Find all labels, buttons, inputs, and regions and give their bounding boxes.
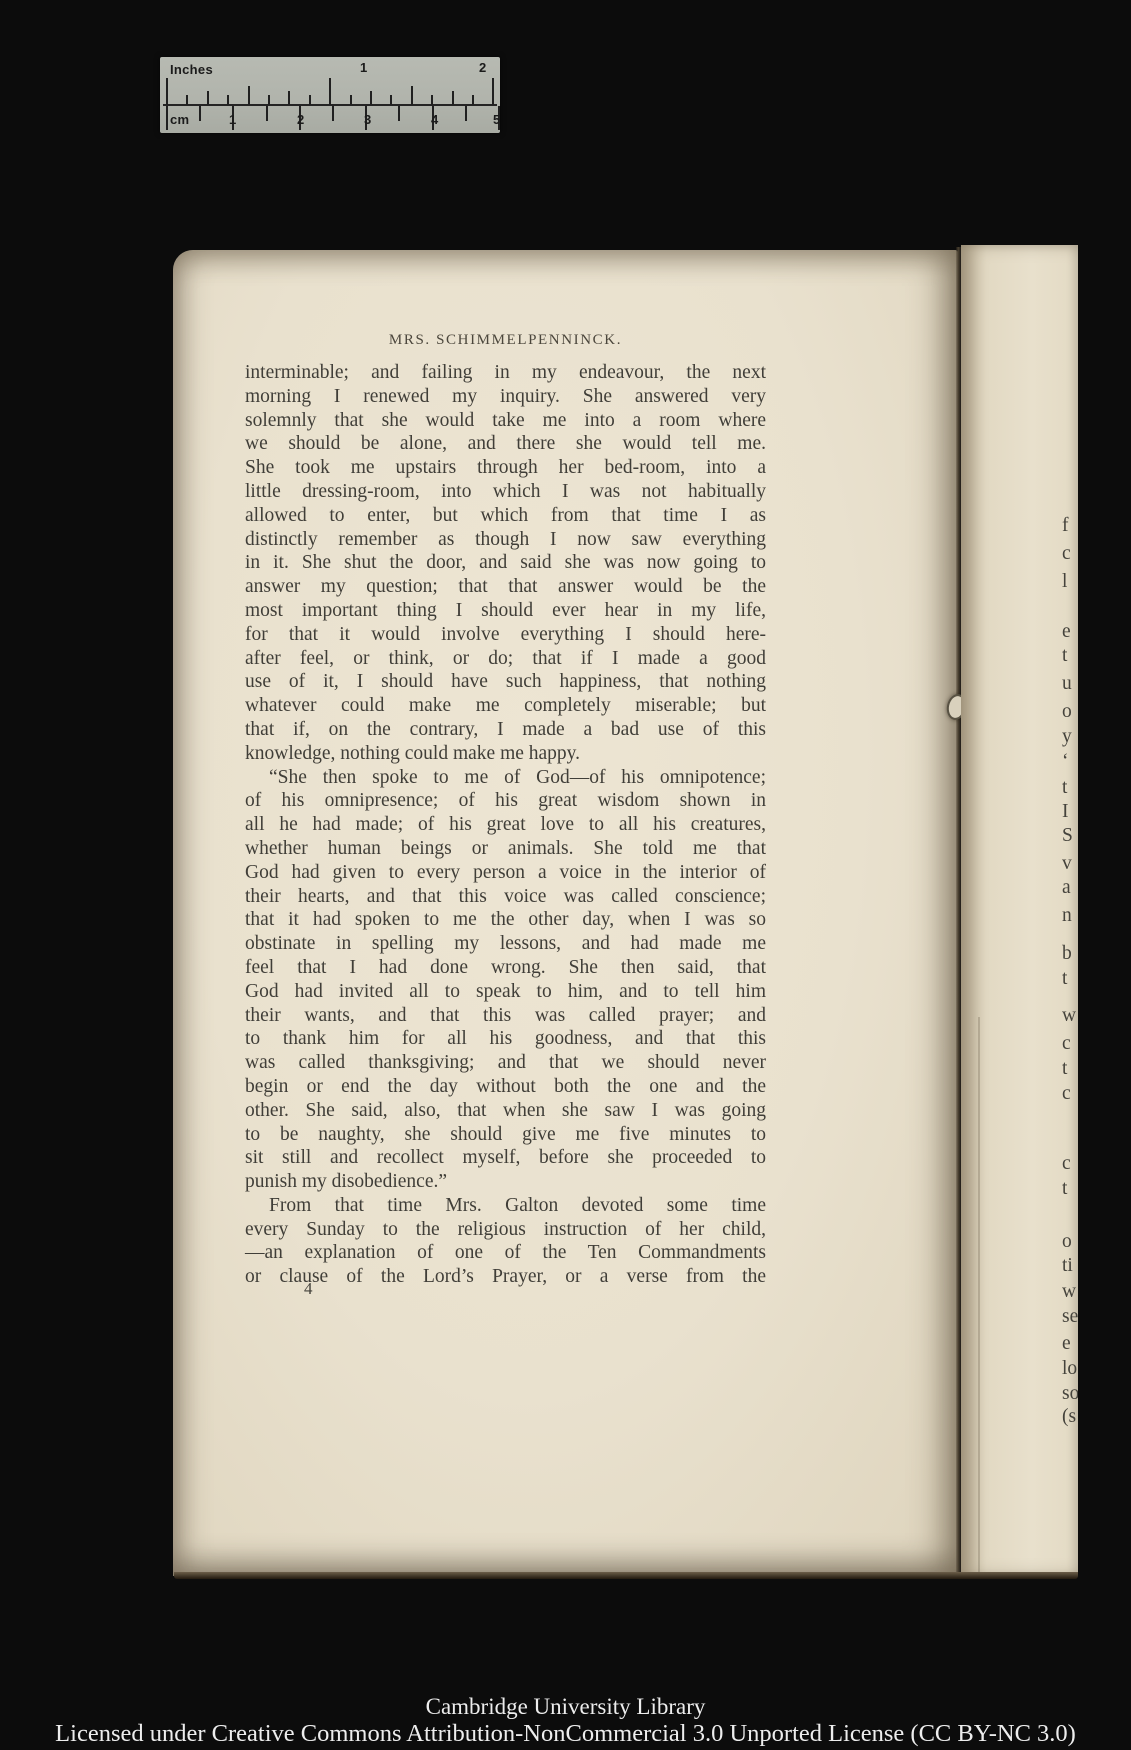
text-line: to thank him for all his goodness, and t… — [245, 1027, 766, 1051]
text-line: solemnly that she would take me into a r… — [245, 409, 766, 433]
inch-tick — [452, 91, 454, 105]
edge-fragment: ‘ — [1062, 752, 1069, 772]
cm-tick — [398, 106, 400, 121]
text-line: distinctly remember as though I now saw … — [245, 528, 766, 552]
text-line: all he had made; of his great love to al… — [245, 813, 766, 837]
edge-fragment: e — [1062, 622, 1071, 642]
text-line: in it. She shut the door, and said she w… — [245, 551, 766, 575]
text-line: or clause of the Lord’s Prayer, or a ver… — [245, 1265, 766, 1289]
page-crease — [978, 1017, 980, 1576]
inch-tick — [288, 91, 290, 105]
edge-fragment: ti — [1062, 1256, 1073, 1276]
text-line: use of it, I should have such happiness,… — [245, 670, 766, 694]
text-line: their wants, and that this was called pr… — [245, 1004, 766, 1028]
inch-tick — [350, 95, 352, 105]
edge-fragment: b — [1062, 944, 1072, 964]
cm-number-3: 3 — [364, 112, 371, 127]
edge-fragment: w — [1062, 1282, 1076, 1302]
text-line: that it had spoken to me the other day, … — [245, 908, 766, 932]
library-credit: Cambridge University Library — [0, 1694, 1131, 1720]
text-line: God had given to every person a voice in… — [245, 861, 766, 885]
text-line: knowledge, nothing could make me happy. — [245, 742, 766, 766]
running-header: MRS. SCHIMMELPENNINCK. — [245, 332, 766, 349]
text-line: to be naughty, she should give me five m… — [245, 1123, 766, 1147]
text-line: sit still and recollect myself, before s… — [245, 1146, 766, 1170]
text-line: feel that I had done wrong. She then sai… — [245, 956, 766, 980]
edge-fragment: I — [1062, 802, 1069, 822]
edge-fragment: t — [1062, 969, 1067, 989]
inch-tick — [268, 95, 270, 105]
page-number: 4 — [304, 1279, 313, 1299]
edge-fragment: w — [1062, 1006, 1076, 1026]
edge-fragment: t — [1062, 1059, 1067, 1079]
edge-fragment: so — [1062, 1384, 1078, 1404]
page-bottom-edge — [174, 1572, 1078, 1579]
edge-fragment: c — [1062, 1154, 1071, 1174]
cm-number-4: 4 — [431, 112, 438, 127]
edge-fragment: c — [1062, 544, 1071, 564]
edge-fragment: y — [1062, 727, 1072, 747]
inch-tick — [472, 95, 474, 105]
text-line: morning I renewed my inquiry. She answer… — [245, 385, 766, 409]
edge-fragment: se — [1062, 1307, 1078, 1327]
text-line: interminable; and failing in my endeavou… — [245, 361, 766, 385]
edge-fragment: o — [1062, 702, 1072, 722]
edge-fragment: e — [1062, 1334, 1071, 1354]
edge-fragment: a — [1062, 878, 1071, 898]
inch-tick — [431, 95, 433, 105]
inch-tick — [370, 91, 372, 105]
text-line: She took me upstairs through her bed-roo… — [245, 456, 766, 480]
text-line: was called thanksgiving; and that we sho… — [245, 1051, 766, 1075]
text-line: we should be alone, and there she would … — [245, 432, 766, 456]
inch-number-1: 1 — [360, 60, 367, 75]
inch-tick — [329, 78, 331, 105]
book-page: MRS. SCHIMMELPENNINCK. interminable; and… — [173, 250, 958, 1576]
text-line: most important thing I should ever hear … — [245, 599, 766, 623]
edge-fragment: t — [1062, 1179, 1067, 1199]
edge-fragment: c — [1062, 1084, 1071, 1104]
text-line: little dressing-room, into which I was n… — [245, 480, 766, 504]
edge-fragment: lo — [1062, 1359, 1077, 1379]
edge-fragment: n — [1062, 906, 1072, 926]
edge-fragment: c — [1062, 1034, 1071, 1054]
edge-fragment: o — [1062, 1232, 1072, 1252]
text-line: —an explanation of one of the Ten Comman… — [245, 1241, 766, 1265]
edge-fragment: f — [1062, 516, 1069, 536]
edge-fragment: l — [1062, 572, 1067, 592]
inch-tick — [227, 95, 229, 105]
cm-label: cm — [170, 112, 189, 127]
inch-number-2: 2 — [479, 60, 486, 75]
inch-tick — [411, 86, 413, 105]
text-line: of his omnipresence; of his great wisdom… — [245, 789, 766, 813]
license-text: Licensed under Creative Commons Attribut… — [0, 1720, 1131, 1747]
footer: Cambridge University Library Licensed un… — [0, 1694, 1131, 1747]
scanned-book-photo: Inches cm 1 2 1 2 3 4 5 MRS. SCHIMMELPEN… — [0, 0, 1131, 1750]
inch-tick — [186, 95, 188, 105]
edge-fragment: u — [1062, 674, 1072, 694]
text-line: punish my disobedience.” — [245, 1170, 766, 1194]
text-line: other. She said, also, that when she saw… — [245, 1099, 766, 1123]
text-line: From that time Mrs. Galton devoted some … — [245, 1194, 766, 1218]
facing-page-strip: fcletuoy‘tISvanbtwctcctotiwseeloso(s — [961, 245, 1078, 1576]
text-line: “She then spoke to me of God—of his omni… — [245, 766, 766, 790]
cm-number-5: 5 — [493, 112, 500, 127]
edge-fragment: (s — [1062, 1407, 1076, 1427]
cm-number-2: 2 — [297, 112, 304, 127]
measurement-ruler: Inches cm 1 2 1 2 3 4 5 — [160, 57, 500, 133]
edge-fragment: t — [1062, 646, 1067, 666]
cm-tick — [465, 106, 467, 121]
cm-tick — [266, 106, 268, 121]
text-line: God had invited all to speak to him, and… — [245, 980, 766, 1004]
inch-tick — [248, 86, 250, 105]
inch-tick — [492, 78, 494, 105]
inch-tick — [390, 95, 392, 105]
inch-tick — [166, 78, 168, 105]
text-line: for that it would involve everything I s… — [245, 623, 766, 647]
text-line: every Sunday to the religious instructio… — [245, 1218, 766, 1242]
cm-tick — [332, 106, 334, 121]
cm-tick — [199, 106, 201, 121]
inch-tick — [207, 91, 209, 105]
text-line: allowed to enter, but which from that ti… — [245, 504, 766, 528]
text-block: interminable; and failing in my endeavou… — [245, 361, 766, 1289]
text-line: obstinate in spelling my lessons, and ha… — [245, 932, 766, 956]
text-line: their hearts, and that this voice was ca… — [245, 885, 766, 909]
text-line: begin or end the day without both the on… — [245, 1075, 766, 1099]
inches-label: Inches — [170, 62, 213, 77]
cm-ticks — [160, 106, 500, 134]
text-line: whether human beings or animals. She tol… — [245, 837, 766, 861]
edge-fragment: S — [1062, 826, 1073, 846]
cm-number-1: 1 — [229, 112, 236, 127]
edge-fragment: t — [1062, 778, 1067, 798]
text-line: answer my question; that that answer wou… — [245, 575, 766, 599]
text-line: after feel, or think, or do; that if I m… — [245, 647, 766, 671]
text-line: that if, on the contrary, I made a bad u… — [245, 718, 766, 742]
text-line: whatever could make me completely misera… — [245, 694, 766, 718]
edge-fragment: v — [1062, 854, 1072, 874]
inch-tick — [309, 95, 311, 105]
cm-tick — [166, 106, 168, 130]
